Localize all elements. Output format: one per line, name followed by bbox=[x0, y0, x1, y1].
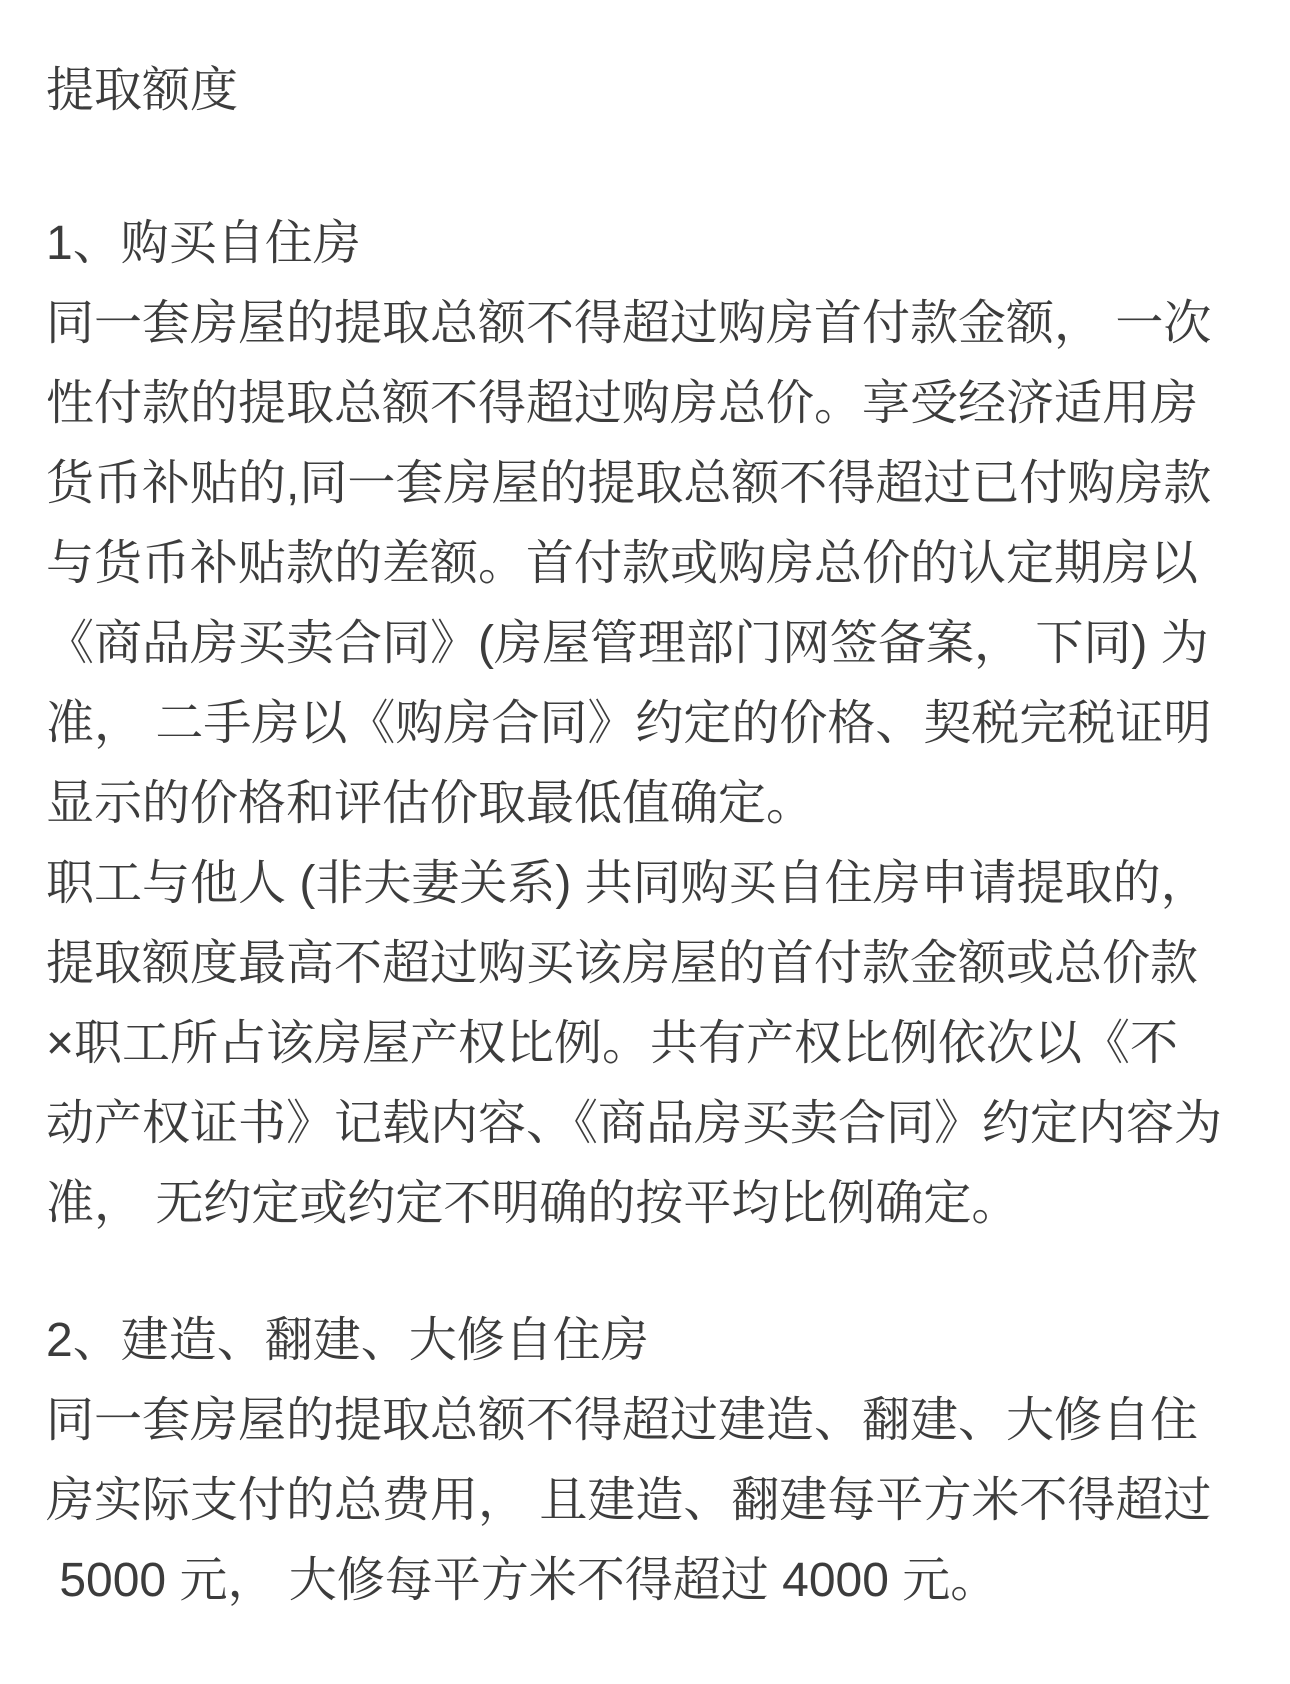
section-2-paragraph: 同一套房屋的提取总额不得超过建造、翻建、大修自住 房实际支付的总费用， 且建造、… bbox=[46, 1381, 1250, 1621]
text-line: 准， 二手房以《购房合同》约定的价格、契税完税证明 bbox=[46, 684, 1250, 764]
text-line: 货币补贴的,同一套房屋的提取总额不得超过已付购房款 bbox=[46, 444, 1250, 524]
document-page: 提取额度 1、购买自住房 同一套房屋的提取总额不得超过购房首付款金额， 一次 性… bbox=[0, 0, 1290, 1684]
text-line: 房实际支付的总费用， 且建造、翻建每平方米不得超过 bbox=[46, 1461, 1250, 1541]
section-1-heading: 1、购买自住房 bbox=[46, 204, 1250, 284]
text-line: 职工与他人 (非夫妻关系) 共同购买自住房申请提取的， bbox=[46, 844, 1250, 924]
text-line: 与货币补贴款的差额。首付款或购房总价的认定期房以 bbox=[46, 524, 1250, 604]
text-line: 显示的价格和评估价取最低值确定。 bbox=[46, 764, 1250, 844]
text-line: ×职工所占该房屋产权比例。共有产权比例依次以《不 bbox=[46, 1004, 1250, 1084]
section-2-heading: 2、建造、翻建、大修自住房 bbox=[46, 1301, 1250, 1381]
section-build-renovate-repair: 2、建造、翻建、大修自住房 同一套房屋的提取总额不得超过建造、翻建、大修自住 房… bbox=[46, 1301, 1250, 1621]
section-1-paragraph: 同一套房屋的提取总额不得超过购房首付款金额， 一次 性付款的提取总额不得超过购房… bbox=[46, 284, 1250, 1244]
text-line: 5000 元， 大修每平方米不得超过 4000 元。 bbox=[46, 1541, 1250, 1621]
page-title: 提取额度 bbox=[46, 51, 1250, 131]
text-line: 同一套房屋的提取总额不得超过建造、翻建、大修自住 bbox=[46, 1381, 1250, 1461]
text-line: 《商品房买卖合同》(房屋管理部门网签备案， 下同) 为 bbox=[46, 604, 1250, 684]
text-line: 同一套房屋的提取总额不得超过购房首付款金额， 一次 bbox=[46, 284, 1250, 364]
section-purchase-housing: 1、购买自住房 同一套房屋的提取总额不得超过购房首付款金额， 一次 性付款的提取… bbox=[46, 204, 1250, 1244]
text-line: 动产权证书》记载内容、《商品房买卖合同》约定内容为 bbox=[46, 1084, 1250, 1164]
text-line: 性付款的提取总额不得超过购房总价。享受经济适用房 bbox=[46, 364, 1250, 444]
text-line: 准， 无约定或约定不明确的按平均比例确定。 bbox=[46, 1164, 1250, 1244]
text-line: 提取额度最高不超过购买该房屋的首付款金额或总价款 bbox=[46, 924, 1250, 1004]
